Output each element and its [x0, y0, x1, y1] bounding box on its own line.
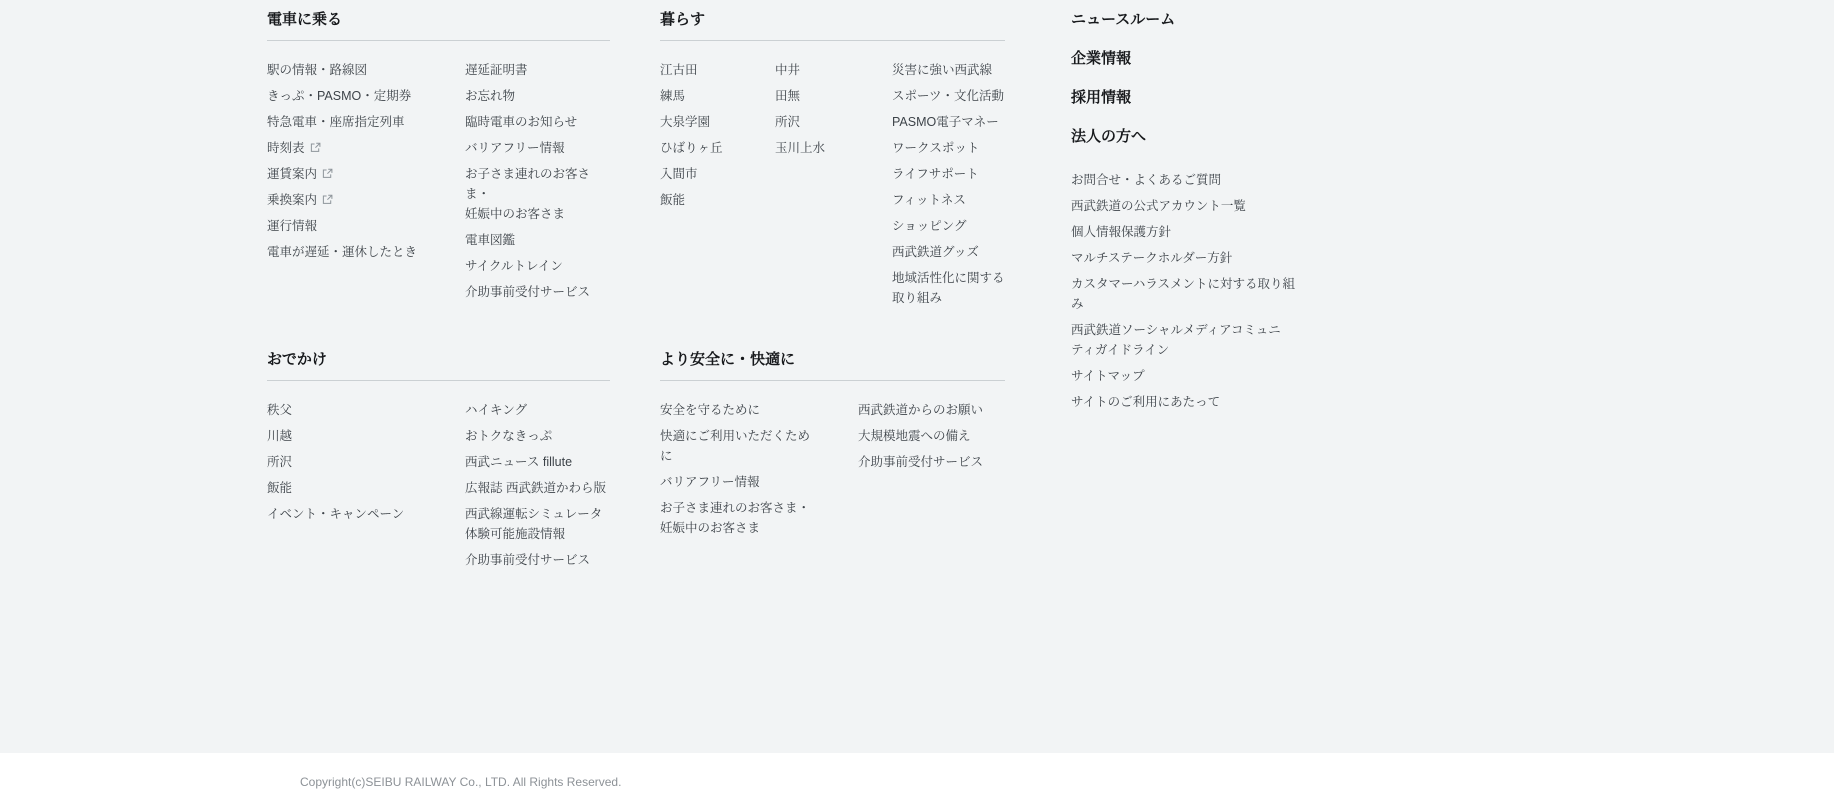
- footer-link[interactable]: 練馬: [660, 86, 775, 106]
- footer-link[interactable]: 田無: [775, 86, 892, 106]
- footer-link-label: おトクなきっぷ: [465, 429, 552, 443]
- footer-link[interactable]: 地域活性化に関する 取り組み: [892, 268, 1005, 308]
- footer-link[interactable]: 介助事前受付サービス: [465, 550, 610, 570]
- footer-link[interactable]: 飯能: [267, 478, 465, 498]
- footer-link[interactable]: 特急電車・座席指定列車: [267, 112, 465, 132]
- utility-link-label: サイトマップ: [1071, 369, 1145, 383]
- utility-link-label: サイトのご利用にあたって: [1071, 395, 1220, 409]
- footer-link[interactable]: 所沢: [267, 452, 465, 472]
- link-columns-outing: 秩父川越所沢飯能イベント・キャンペーンハイキングおトクなきっぷ西武ニュース fi…: [267, 400, 610, 576]
- footer-link[interactable]: お子さま連れのお客さま・ 妊娠中のお客さま: [660, 498, 858, 538]
- footer-link[interactable]: 臨時電車のお知らせ: [465, 112, 610, 132]
- footer-link[interactable]: 介助事前受付サービス: [858, 452, 1005, 472]
- footer-link[interactable]: 電車が遅延・運休したとき: [267, 242, 465, 262]
- footer-link-label: 入間市: [660, 167, 698, 181]
- corporate-nav-link[interactable]: 採用情報: [1071, 88, 1307, 108]
- footer-link-label: 遅延証明書: [465, 63, 528, 77]
- footer-link-label: ライフサポート: [892, 167, 979, 181]
- footer-link[interactable]: 介助事前受付サービス: [465, 282, 610, 302]
- footer-link[interactable]: フィットネス: [892, 190, 1005, 210]
- footer-link[interactable]: 電車図鑑: [465, 230, 610, 250]
- footer-link-label: ハイキング: [465, 403, 527, 417]
- corporate-nav: ニュースルーム企業情報採用情報法人の方へ: [1071, 10, 1307, 147]
- footer-link-label: 所沢: [267, 455, 292, 469]
- footer-link-label: 乗換案内: [267, 193, 317, 207]
- footer-link-label: 安全を守るために: [660, 403, 760, 417]
- utility-link[interactable]: 個人情報保護方針: [1071, 222, 1307, 242]
- footer-link[interactable]: 遅延証明書: [465, 60, 610, 80]
- footer-link-label: 災害に強い西武線: [892, 63, 992, 77]
- corporate-nav-link[interactable]: 企業情報: [1071, 49, 1307, 69]
- footer-link-label: 飯能: [267, 481, 292, 495]
- footer-link-label: お子さま連れのお客さま・ 妊娠中のお客さま: [465, 167, 590, 221]
- footer-link-label: 秩父: [267, 403, 292, 417]
- footer-link[interactable]: 安全を守るために: [660, 400, 858, 420]
- footer-section-outing: おでかけ 秩父川越所沢飯能イベント・キャンペーンハイキングおトクなきっぷ西武ニュ…: [267, 348, 660, 576]
- footer-section-safety-comfort: より安全に・快適に 安全を守るために快適にご利用いただくため にバリアフリー情報…: [660, 348, 1071, 576]
- utility-link[interactable]: マルチステークホルダー方針: [1071, 248, 1307, 268]
- footer-link[interactable]: バリアフリー情報: [465, 138, 610, 158]
- footer-link[interactable]: スポーツ・文化活動: [892, 86, 1005, 106]
- utility-link[interactable]: サイトマップ: [1071, 366, 1307, 386]
- section-title-safety-comfort[interactable]: より安全に・快適に: [660, 348, 1005, 381]
- utility-link-label: マルチステークホルダー方針: [1071, 251, 1232, 265]
- footer-link-label: お忘れ物: [465, 89, 515, 103]
- footer-link[interactable]: 広報誌 西武鉄道かわら版: [465, 478, 610, 498]
- footer-link[interactable]: お子さま連れのお客さま・ 妊娠中のお客さま: [465, 164, 610, 224]
- footer-link-label: 運行情報: [267, 219, 317, 233]
- footer-link-label: 川越: [267, 429, 292, 443]
- footer-link-label: 田無: [775, 89, 800, 103]
- footer-link[interactable]: イベント・キャンペーン: [267, 504, 465, 524]
- footer-link-label: 介助事前受付サービス: [465, 553, 590, 567]
- footer-link-label: フィットネス: [892, 193, 966, 207]
- footer-link-column: 秩父川越所沢飯能イベント・キャンペーン: [267, 400, 465, 576]
- utility-link-label: カスタマーハラスメントに対する取り組 み: [1071, 277, 1295, 311]
- footer-link-label: 快適にご利用いただくため に: [660, 429, 810, 463]
- footer-main: 電車に乗る 駅の情報・路線図きっぷ・PASMO・定期券特急電車・座席指定列車時刻…: [0, 0, 1834, 753]
- footer-link[interactable]: ハイキング: [465, 400, 610, 420]
- corporate-nav-link[interactable]: ニュースルーム: [1071, 10, 1307, 30]
- footer-link[interactable]: 西武鉄道からのお願い: [858, 400, 1005, 420]
- footer-link[interactable]: お忘れ物: [465, 86, 610, 106]
- footer-link[interactable]: きっぷ・PASMO・定期券: [267, 86, 465, 106]
- footer-link[interactable]: 西武線運転シミュレータ 体験可能施設情報: [465, 504, 610, 544]
- footer-link-label: 玉川上水: [775, 141, 825, 155]
- footer-link[interactable]: ワークスポット: [892, 138, 1005, 158]
- footer-link-label: 地域活性化に関する 取り組み: [892, 271, 1005, 305]
- utility-link-label: 西武鉄道の公式アカウント一覧: [1071, 199, 1246, 213]
- footer-link-label: 西武線運転シミュレータ 体験可能施設情報: [465, 507, 602, 541]
- footer-link[interactable]: 快適にご利用いただくため に: [660, 426, 858, 466]
- footer-link[interactable]: 運賃案内: [267, 164, 465, 184]
- footer-link-label: 介助事前受付サービス: [465, 285, 590, 299]
- footer-link-column: 駅の情報・路線図きっぷ・PASMO・定期券特急電車・座席指定列車時刻表運賃案内乗…: [267, 60, 465, 308]
- footer-link-label: 時刻表: [267, 141, 305, 155]
- footer-link-label: 駅の情報・路線図: [267, 63, 367, 77]
- footer-link[interactable]: 大規模地震への備え: [858, 426, 1005, 446]
- footer-link[interactable]: 時刻表: [267, 138, 465, 158]
- footer-link-label: 大泉学園: [660, 115, 710, 129]
- section-title-ride-train[interactable]: 電車に乗る: [267, 8, 610, 41]
- footer-link-label: 介助事前受付サービス: [858, 455, 983, 469]
- footer-link-label: 広報誌 西武鉄道かわら版: [465, 481, 606, 495]
- footer-link-column: 安全を守るために快適にご利用いただくため にバリアフリー情報お子さま連れのお客さ…: [660, 400, 858, 544]
- link-columns-safety-comfort: 安全を守るために快適にご利用いただくため にバリアフリー情報お子さま連れのお客さ…: [660, 400, 1005, 544]
- footer-section-ride-train: 電車に乗る 駅の情報・路線図きっぷ・PASMO・定期券特急電車・座席指定列車時刻…: [267, 8, 660, 348]
- utility-link-label: 個人情報保護方針: [1071, 225, 1171, 239]
- footer-link-label: スポーツ・文化活動: [892, 89, 1004, 103]
- footer-link[interactable]: 所沢: [775, 112, 892, 132]
- footer-link-column: 中井田無所沢玉川上水: [775, 60, 892, 314]
- footer-link[interactable]: 入間市: [660, 164, 775, 184]
- footer-link[interactable]: おトクなきっぷ: [465, 426, 610, 446]
- footer-link[interactable]: 江古田: [660, 60, 775, 80]
- footer-link-label: 西武鉄道グッズ: [892, 245, 979, 259]
- footer-link-label: ショッピング: [892, 219, 967, 233]
- footer-link-label: 所沢: [775, 115, 800, 129]
- copyright-bar: Copyright(c)SEIBU RAILWAY Co., LTD. All …: [0, 753, 1834, 810]
- utility-link[interactable]: 西武鉄道の公式アカウント一覧: [1071, 196, 1307, 216]
- footer-link[interactable]: 西武鉄道グッズ: [892, 242, 1005, 262]
- section-title-outing[interactable]: おでかけ: [267, 348, 610, 381]
- utility-link[interactable]: カスタマーハラスメントに対する取り組 み: [1071, 274, 1307, 314]
- utility-link[interactable]: お問合せ・よくあるご質問: [1071, 170, 1307, 190]
- external-link-icon: [322, 168, 333, 179]
- footer-section-living: 暮らす 江古田練馬大泉学園ひばりヶ丘入間市飯能中井田無所沢玉川上水災害に強い西武…: [660, 8, 1071, 348]
- footer-link-column: ハイキングおトクなきっぷ西武ニュース fillute広報誌 西武鉄道かわら版西武…: [465, 400, 610, 576]
- footer-corporate-column: ニュースルーム企業情報採用情報法人の方へ お問合せ・よくあるご質問西武鉄道の公式…: [1071, 8, 1307, 576]
- footer-link-label: PASMO電子マネー: [892, 115, 999, 129]
- footer-link-label: 特急電車・座席指定列車: [267, 115, 405, 129]
- footer-link-column: 西武鉄道からのお願い大規模地震への備え介助事前受付サービス: [858, 400, 1005, 544]
- copyright-text: Copyright(c)SEIBU RAILWAY Co., LTD. All …: [300, 775, 621, 789]
- footer-link[interactable]: 秩父: [267, 400, 465, 420]
- footer-link[interactable]: ショッピング: [892, 216, 1005, 236]
- footer-link[interactable]: 運行情報: [267, 216, 465, 236]
- footer-link-label: 運賃案内: [267, 167, 317, 181]
- footer-link-label: 西武鉄道からのお願い: [858, 403, 983, 417]
- footer-link-label: 臨時電車のお知らせ: [465, 115, 577, 129]
- footer-link-column: 江古田練馬大泉学園ひばりヶ丘入間市飯能: [660, 60, 775, 314]
- external-link-icon: [322, 194, 333, 205]
- site-footer: 電車に乗る 駅の情報・路線図きっぷ・PASMO・定期券特急電車・座席指定列車時刻…: [0, 0, 1834, 810]
- section-title-living[interactable]: 暮らす: [660, 8, 1005, 41]
- footer-link[interactable]: 川越: [267, 426, 465, 446]
- utility-link[interactable]: サイトのご利用にあたって: [1071, 392, 1307, 412]
- utility-link-label: お問合せ・よくあるご質問: [1071, 173, 1221, 187]
- footer-link-label: 大規模地震への備え: [858, 429, 971, 443]
- footer-link-column: 遅延証明書お忘れ物臨時電車のお知らせバリアフリー情報お子さま連れのお客さま・ 妊…: [465, 60, 610, 308]
- footer-link-label: 電車図鑑: [465, 233, 515, 247]
- footer-link[interactable]: 飯能: [660, 190, 775, 210]
- footer-link-label: 電車が遅延・運休したとき: [267, 245, 417, 259]
- corporate-nav-link[interactable]: 法人の方へ: [1071, 127, 1307, 147]
- utility-link[interactable]: 西武鉄道ソーシャルメディアコミュニ ティガイドライン: [1071, 320, 1307, 360]
- external-link-icon: [310, 142, 321, 153]
- footer-link-label: ワークスポット: [892, 141, 979, 155]
- footer-link-label: バリアフリー情報: [660, 475, 760, 489]
- footer-link[interactable]: 西武ニュース fillute: [465, 452, 610, 472]
- footer-link[interactable]: 駅の情報・路線図: [267, 60, 465, 80]
- footer-link[interactable]: ライフサポート: [892, 164, 1005, 184]
- footer-link-column: 災害に強い西武線スポーツ・文化活動PASMO電子マネーワークスポットライフサポー…: [892, 60, 1005, 314]
- utility-nav: お問合せ・よくあるご質問西武鉄道の公式アカウント一覧個人情報保護方針マルチステー…: [1071, 170, 1307, 412]
- footer-link[interactable]: 災害に強い西武線: [892, 60, 1005, 80]
- footer-link[interactable]: サイクルトレイン: [465, 256, 610, 276]
- footer-link-label: 江古田: [660, 63, 698, 77]
- footer-link[interactable]: 中井: [775, 60, 892, 80]
- footer-link[interactable]: ひばりヶ丘: [660, 138, 775, 158]
- utility-link-label: 西武鉄道ソーシャルメディアコミュニ ティガイドライン: [1071, 323, 1281, 357]
- footer-link[interactable]: 乗換案内: [267, 190, 465, 210]
- footer-link[interactable]: バリアフリー情報: [660, 472, 858, 492]
- footer-link-label: イベント・キャンペーン: [267, 507, 404, 521]
- footer-link[interactable]: 玉川上水: [775, 138, 892, 158]
- footer-link-label: 練馬: [660, 89, 685, 103]
- footer-link[interactable]: 大泉学園: [660, 112, 775, 132]
- link-columns-living: 江古田練馬大泉学園ひばりヶ丘入間市飯能中井田無所沢玉川上水災害に強い西武線スポー…: [660, 60, 1005, 314]
- footer-link-label: サイクルトレイン: [465, 259, 563, 273]
- footer-link-label: 中井: [775, 63, 800, 77]
- link-columns-ride-train: 駅の情報・路線図きっぷ・PASMO・定期券特急電車・座席指定列車時刻表運賃案内乗…: [267, 60, 610, 308]
- footer-columns: 電車に乗る 駅の情報・路線図きっぷ・PASMO・定期券特急電車・座席指定列車時刻…: [267, 8, 1834, 576]
- footer-link-label: お子さま連れのお客さま・ 妊娠中のお客さま: [660, 501, 810, 535]
- footer-link[interactable]: PASMO電子マネー: [892, 112, 1005, 132]
- footer-link-label: ひばりヶ丘: [660, 141, 723, 155]
- footer-link-label: 西武ニュース fillute: [465, 455, 572, 469]
- footer-link-label: きっぷ・PASMO・定期券: [267, 89, 411, 103]
- footer-link-label: バリアフリー情報: [465, 141, 565, 155]
- footer-link-label: 飯能: [660, 193, 685, 207]
